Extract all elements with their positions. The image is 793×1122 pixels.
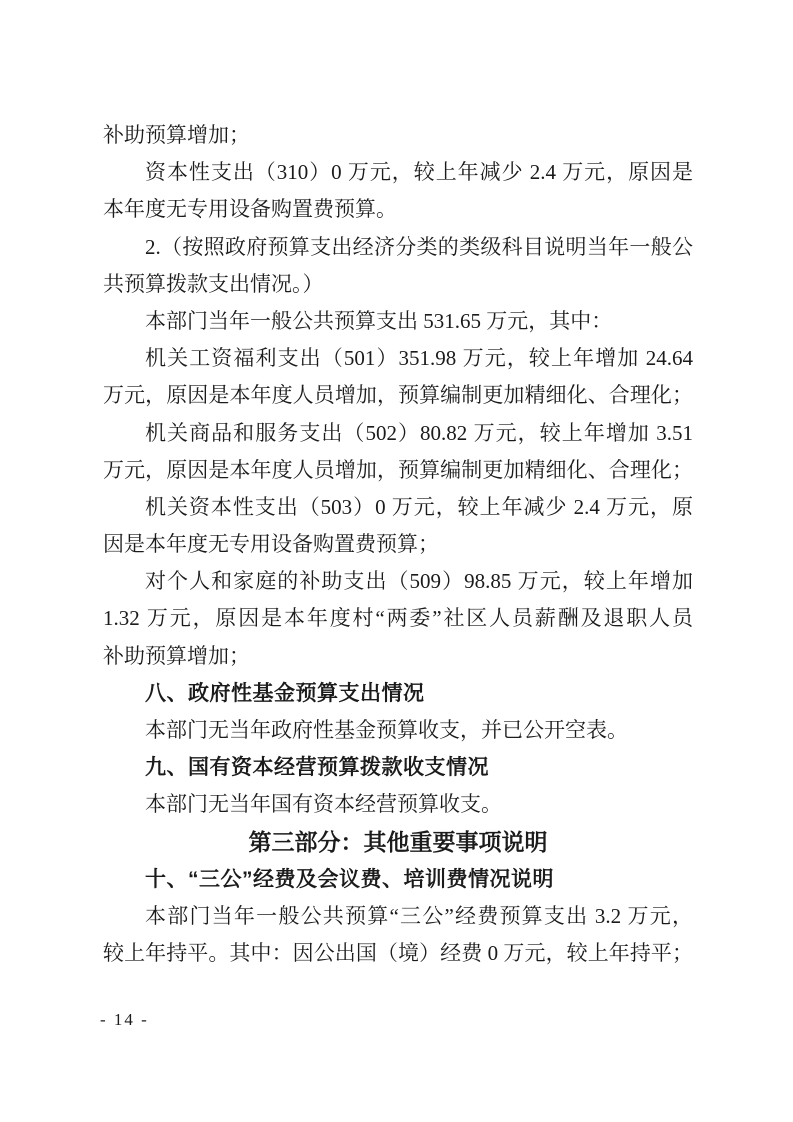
section-heading-10: 十、“三公”经费及会议费、培训费情况说明 <box>103 861 693 898</box>
paragraph-line: 本部门当年一般公共预算“三公”经费预算支出 3.2 万元， <box>103 898 693 935</box>
document-body: 补助预算增加； 资本性支出（310）0 万元，较上年减少 2.4 万元，原因是 … <box>103 117 693 972</box>
paragraph-line: 2.（按照政府预算支出经济分类的类级科目说明当年一般公 <box>103 229 693 266</box>
paragraph-line: 较上年持平。其中：因公出国（境）经费 0 万元，较上年持平； <box>103 935 693 972</box>
paragraph-line: 资本性支出（310）0 万元，较上年减少 2.4 万元，原因是 <box>103 154 693 191</box>
paragraph-line: 机关工资福利支出（501）351.98 万元，较上年增加 24.64 <box>103 340 693 377</box>
paragraph-line: 共预算拨款支出情况。） <box>103 266 693 303</box>
paragraph-line: 本部门无当年政府性基金预算收支，并已公开空表。 <box>103 712 693 749</box>
part-three-title: 第三部分：其他重要事项说明 <box>103 824 693 861</box>
paragraph-line: 机关商品和服务支出（502）80.82 万元，较上年增加 3.51 <box>103 415 693 452</box>
paragraph-line: 1.32 万元，原因是本年度村“两委”社区人员薪酬及退职人员 <box>103 600 693 637</box>
paragraph-line: 补助预算增加； <box>103 117 693 154</box>
paragraph-line: 因是本年度无专用设备购置费预算； <box>103 526 693 563</box>
paragraph-line: 对个人和家庭的补助支出（509）98.85 万元，较上年增加 <box>103 563 693 600</box>
paragraph-line: 万元，原因是本年度人员增加，预算编制更加精细化、合理化； <box>103 452 693 489</box>
paragraph-line: 机关资本性支出（503）0 万元，较上年减少 2.4 万元，原 <box>103 489 693 526</box>
paragraph-line: 本部门当年一般公共预算支出 531.65 万元，其中： <box>103 303 693 340</box>
paragraph-line: 补助预算增加； <box>103 638 693 675</box>
section-heading-8: 八、政府性基金预算支出情况 <box>103 675 693 712</box>
paragraph-line: 本年度无专用设备购置费预算。 <box>103 191 693 228</box>
paragraph-line: 万元，原因是本年度人员增加，预算编制更加精细化、合理化； <box>103 377 693 414</box>
document-page: 补助预算增加； 资本性支出（310）0 万元，较上年减少 2.4 万元，原因是 … <box>0 0 793 1122</box>
section-heading-9: 九、国有资本经营预算拨款收支情况 <box>103 749 693 786</box>
page-number: - 14 - <box>100 1008 149 1032</box>
paragraph-line: 本部门无当年国有资本经营预算收支。 <box>103 786 693 823</box>
